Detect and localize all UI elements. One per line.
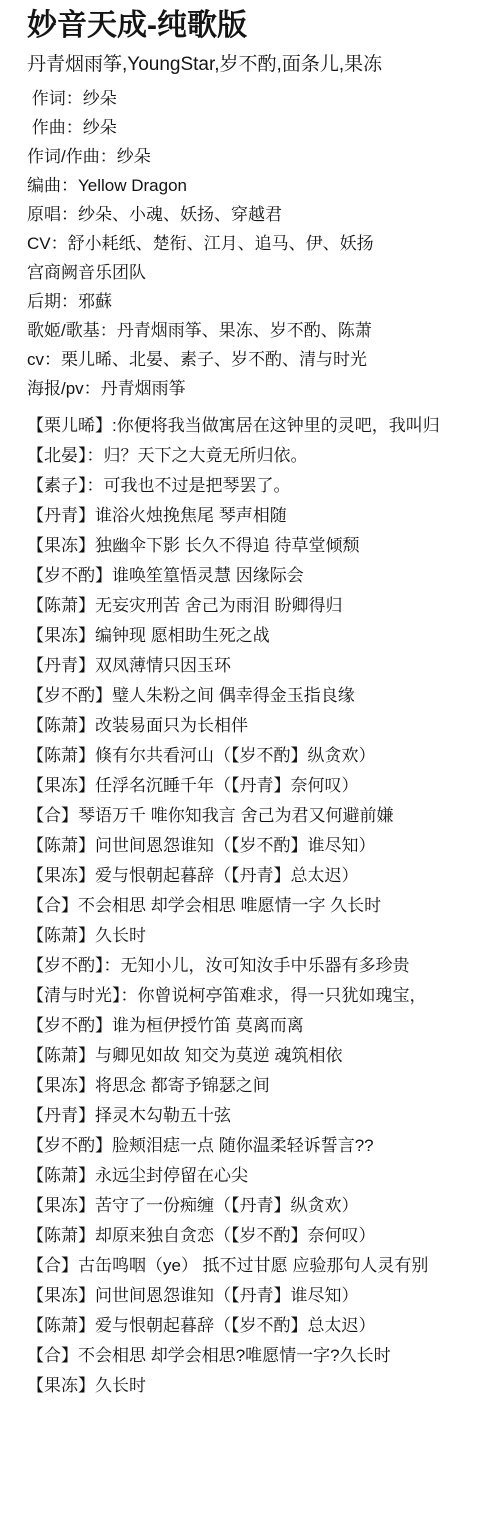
- lyric-line: 【陈萧】与卿见如故 知交为莫逆 魂筑相依: [27, 1041, 500, 1071]
- lyric-line: 【岁不酌】谁唤笙篁悟灵慧 因缘际会: [27, 561, 500, 591]
- lyric-line: 【陈萧】改装易面只为长相伴: [27, 711, 500, 741]
- credit-line: 海报/pv：丹青烟雨筝: [27, 374, 500, 403]
- lyric-line: 【合】不会相思 却学会相思 唯愿情一字 久长时: [27, 891, 500, 921]
- lyric-line: 【果冻】任浮名沉睡千年（【丹青】奈何叹）: [27, 771, 500, 801]
- artist-list: 丹青烟雨筝,YoungStar,岁不酌,面条儿,果冻: [27, 52, 500, 78]
- song-title: 妙音天成-纯歌版: [27, 6, 500, 46]
- lyric-line: 【丹青】双凤薄情只因玉环: [27, 651, 500, 681]
- lyric-line: 【合】琴语万千 唯你知我言 舍己为君又何避前嫌: [27, 801, 500, 831]
- credit-line: 作曲：纱朵: [27, 113, 500, 142]
- lyric-line: 【岁不酌】谁为桓伊授竹笛 莫离而离: [27, 1011, 500, 1041]
- credit-line: 宫商阙音乐团队: [27, 258, 500, 287]
- credit-line: CV：舒小耗纸、楚衔、江月、追马、伊、妖扬: [27, 229, 500, 258]
- lyric-line: 【陈萧】问世间恩怨谁知（【岁不酌】谁尽知）: [27, 831, 500, 861]
- lyric-line: 【岁不酌】璧人朱粉之间 偶幸得金玉指良缘: [27, 681, 500, 711]
- lyric-line: 【北晏】：归？天下之大竟无所归依。: [27, 441, 500, 471]
- lyric-line: 【陈萧】却原来独自贪恋（【岁不酌】奈何叹）: [27, 1221, 500, 1251]
- lyric-line: 【岁不酌】：无知小儿，汝可知汝手中乐器有多珍贵: [27, 951, 500, 981]
- lyric-line: 【岁不酌】脸颊泪痣一点 随你温柔轻诉誓言??: [27, 1131, 500, 1161]
- lyric-line: 【果冻】将思念 都寄予锦瑟之间: [27, 1071, 500, 1101]
- credit-line: 原唱：纱朵、小魂、妖扬、穿越君: [27, 200, 500, 229]
- credit-line: 歌姬/歌基：丹青烟雨筝、果冻、岁不酌、陈萧: [27, 316, 500, 345]
- lyric-line: 【素子】：可我也不过是把琴罢了。: [27, 471, 500, 501]
- lyric-line: 【陈萧】倏有尔共看河山（【岁不酌】纵贪欢）: [27, 741, 500, 771]
- credits-section: 作词：纱朵 作曲：纱朵作词/作曲：纱朵编曲：Yellow Dragon原唱：纱朵…: [27, 84, 500, 403]
- lyric-line: 【丹青】谁浴火烛挽焦尾 琴声相随: [27, 501, 500, 531]
- credit-line: 后期：邪蘇: [27, 287, 500, 316]
- credit-line: 作词：纱朵: [27, 84, 500, 113]
- lyric-line: 【果冻】问世间恩怨谁知（【丹青】谁尽知）: [27, 1281, 500, 1311]
- credit-line: 编曲：Yellow Dragon: [27, 171, 500, 200]
- credit-line: 作词/作曲：纱朵: [27, 142, 500, 171]
- lyric-line: 【栗儿晞】:你便将我当做寓居在这钟里的灵吧，我叫归: [27, 411, 500, 441]
- lyric-line: 【果冻】久长时: [27, 1371, 500, 1401]
- lyric-line: 【陈萧】爱与恨朝起暮辞（【岁不酌】总太迟）: [27, 1311, 500, 1341]
- lyric-line: 【陈萧】久长时: [27, 921, 500, 951]
- lyrics-page: 妙音天成-纯歌版 丹青烟雨筝,YoungStar,岁不酌,面条儿,果冻 作词：纱…: [0, 0, 500, 1540]
- credit-line: cv：栗儿晞、北晏、素子、岁不酌、清与时光: [27, 345, 500, 374]
- lyric-line: 【合】古缶鸣咽（ye） 抵不过甘愿 应验那句人灵有别: [27, 1251, 500, 1281]
- lyric-line: 【合】不会相思 却学会相思?唯愿情一字?久长时: [27, 1341, 500, 1371]
- lyric-line: 【果冻】编钟现 愿相助生死之战: [27, 621, 500, 651]
- lyric-line: 【果冻】独幽伞下影 长久不得追 待草堂倾颓: [27, 531, 500, 561]
- lyrics-section: 【栗儿晞】:你便将我当做寓居在这钟里的灵吧，我叫归【北晏】：归？天下之大竟无所归…: [27, 411, 500, 1401]
- lyric-line: 【陈萧】永远尘封停留在心尖: [27, 1161, 500, 1191]
- lyric-line: 【陈萧】无妄灾刑苦 舍己为雨泪 盼卿得归: [27, 591, 500, 621]
- lyric-line: 【果冻】苦守了一份痴缠（【丹青】纵贪欢）: [27, 1191, 500, 1221]
- lyric-line: 【丹青】择灵木勾勒五十弦: [27, 1101, 500, 1131]
- lyric-line: 【果冻】爱与恨朝起暮辞（【丹青】总太迟）: [27, 861, 500, 891]
- lyric-line: 【清与时光】：你曾说柯亭笛难求，得一只犹如瑰宝，: [27, 981, 500, 1011]
